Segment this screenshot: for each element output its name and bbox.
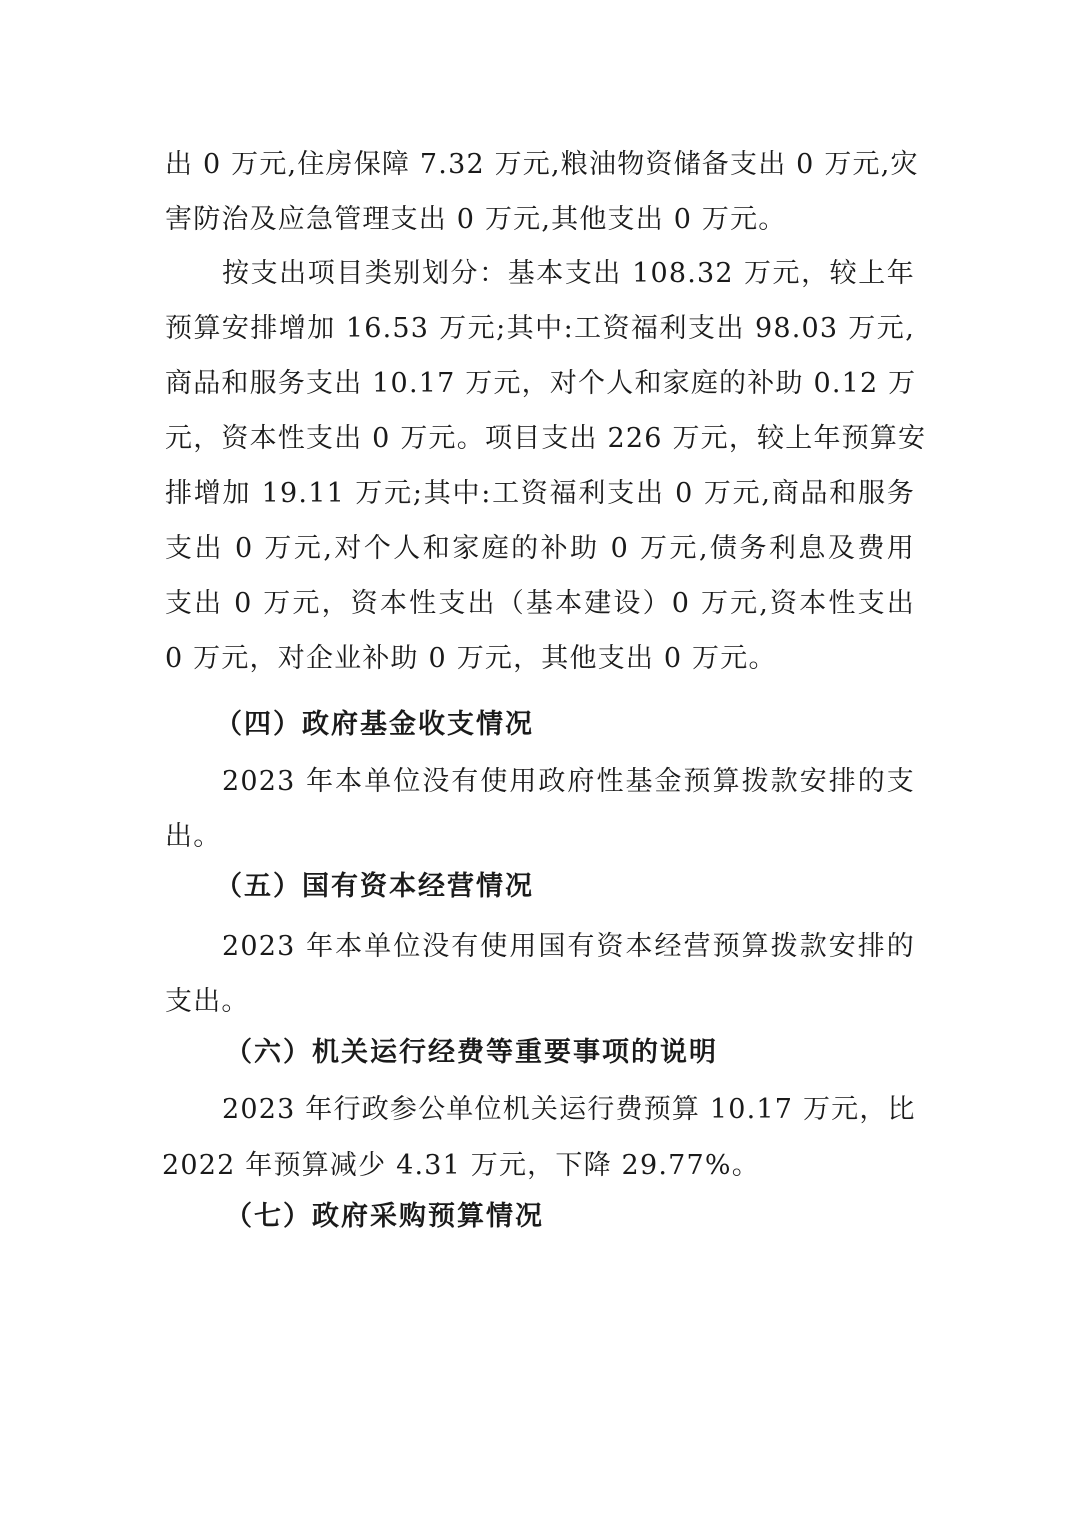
section-heading: （四）政府基金收支情况 (215, 708, 534, 742)
paragraph-line: 0 万元，对企业补助 0 万元，其他支出 0 万元。 (165, 642, 915, 676)
paragraph-line: 出。 (165, 820, 915, 854)
paragraph-line: 出 0 万元,住房保障 7.32 万元,粮油物资储备支出 0 万元,灾 (165, 148, 915, 182)
paragraph-line: 元，资本性支出 0 万元。项目支出 226 万元，较上年预算安 (165, 422, 915, 456)
paragraph-line: 2023 年本单位没有使用国有资本经营预算拨款安排的 (222, 930, 915, 964)
paragraph-line: 商品和服务支出 10.17 万元，对个人和家庭的补助 0.12 万 (165, 367, 915, 401)
paragraph-line: 预算安排增加 16.53 万元;其中:工资福利支出 98.03 万元, (165, 312, 915, 346)
section-heading: （七）政府采购预算情况 (225, 1200, 544, 1234)
paragraph-line: 2023 年本单位没有使用政府性基金预算拨款安排的支 (222, 765, 915, 799)
paragraph-line: 按支出项目类别划分：基本支出 108.32 万元，较上年 (222, 257, 915, 291)
paragraph-line: 排增加 19.11 万元;其中:工资福利支出 0 万元,商品和服务 (165, 477, 915, 511)
paragraph-line: 害防治及应急管理支出 0 万元,其他支出 0 万元。 (165, 203, 915, 237)
document-page: 出 0 万元,住房保障 7.32 万元,粮油物资储备支出 0 万元,灾 害防治及… (0, 0, 1074, 1520)
paragraph-line: 支出 0 万元,对个人和家庭的补助 0 万元,债务利息及费用 (165, 532, 915, 566)
section-heading: （五）国有资本经营情况 (215, 870, 534, 904)
paragraph-line: 2022 年预算减少 4.31 万元，下降 29.77%。 (162, 1149, 912, 1183)
paragraph-line: 支出。 (165, 985, 915, 1019)
paragraph-line: 支出 0 万元，资本性支出（基本建设）0 万元,资本性支出 (165, 587, 915, 621)
section-heading: （六）机关运行经费等重要事项的说明 (225, 1036, 718, 1070)
paragraph-line: 2023 年行政参公单位机关运行费预算 10.17 万元，比 (222, 1093, 915, 1127)
